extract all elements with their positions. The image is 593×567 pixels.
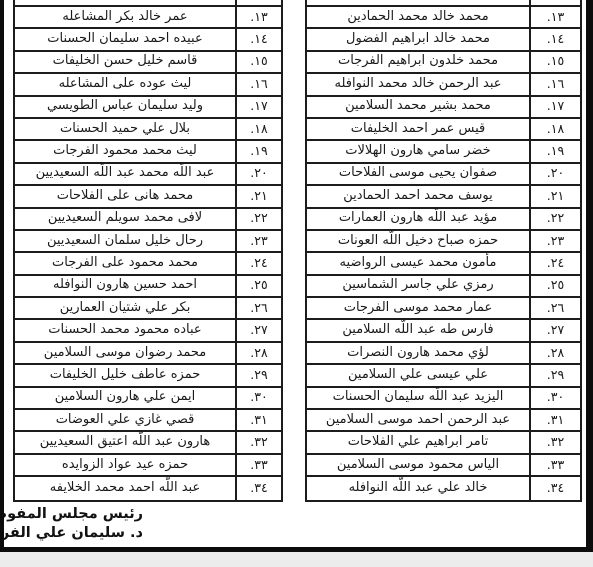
table-row: محمد خالد ابراهيم الفضول١٤. [307,29,580,51]
table-row: عمر خالد بكر المشاعله١٣. [15,7,281,29]
row-number-cell: ٢٦. [235,298,281,318]
table-row: ليث محمد محمود الفرجات١٩. [15,141,281,163]
member-name-cell: محمد خالد محمد الحمادين [307,7,529,27]
member-name-cell: عمار محمد موسى الفرجات [307,298,529,318]
table-row: يوسف محمد احمد الحمادين٢١. [307,186,580,208]
table-row: قاسم خليل حسن الخليفات١٥. [15,52,281,74]
row-number-cell: ٣٠. [235,388,281,408]
member-name-cell: حمزه صباح دخيل اللّه العونات [307,231,529,251]
row-number-cell: ١٥. [235,52,281,72]
row-number-cell: ٣٤. [235,477,281,499]
row-number-cell: ٢١. [529,186,580,206]
member-name-cell: عباده محمود محمد الحسنات [15,320,235,340]
scanned-document-page: عمر خالد بكر المشاعله١٣.عبيده احمد سليما… [0,0,593,567]
row-number-cell: ١٩. [235,141,281,161]
member-name-cell: عبد اللّه محمد عبد اللّه السعيديين [15,164,235,184]
member-name-cell: اليزيد عبد اللّه سليمان الحسنات [307,388,529,408]
table-row: عمار محمد موسى الفرجات٢٦. [307,298,580,320]
page-border-left [0,0,4,552]
row-number-cell: ١٦. [235,74,281,94]
row-number-cell: ٢١. [235,186,281,206]
member-name-cell: قاسم خليل حسن الخليفات [15,52,235,72]
member-name-cell: علي عيسى علي السلامين [307,365,529,385]
table-row: خالد علي عبد اللّه النوافله٣٤. [307,477,580,499]
table-row: محمد هانى على الفلاحات٢١. [15,186,281,208]
member-name-cell: عبد الرحمن احمد موسى السلامين [307,410,529,430]
row-number-cell: ٣٣. [235,455,281,475]
row-number-cell: ٣٢. [529,432,580,452]
table-row: ليث عوده على المشاعله١٦. [15,74,281,96]
table-row: علي عيسى علي السلامين٢٩. [307,365,580,387]
member-name-cell: عبد الرحمن خالد محمد النوافله [307,74,529,94]
scan-edge-strip [0,552,593,567]
row-number-cell: ٢٤. [529,253,580,273]
row-number-cell: ٢٠. [529,164,580,184]
member-name-cell: مأمون محمد عيسى الرواضيه [307,253,529,273]
member-name-cell: عمر خالد بكر المشاعله [15,7,235,27]
table-row: صفوان يحيى موسى الفلاحات٢٠. [307,164,580,186]
row-number-cell: ٣١. [529,410,580,430]
row-number-cell: ٣٤. [529,477,580,499]
member-name-cell: ايمن علي هارون السلامين [15,388,235,408]
table-row: الياس محمود موسى السلامين٣٣. [307,455,580,477]
table-row: فارس طه عبد اللّه السلامين٢٧. [307,320,580,342]
member-name-cell: عبد اللّه احمد محمد الخلايفه [15,477,235,499]
member-name-cell: هارون عبد اللّه اعتيق السعيديين [15,432,235,452]
partial-row-top [307,0,580,7]
row-number-cell: ١٧. [235,97,281,117]
table-row: محمد محمود على الفرجات٢٤. [15,253,281,275]
row-number-cell: ٢٢. [235,209,281,229]
table-row: حمزه عاطف خليل الخليفات٢٩. [15,365,281,387]
table-row: لؤي محمد هارون النصرات٢٨. [307,343,580,365]
table-row: لافى محمد سويلم السعيديين٢٢. [15,209,281,231]
row-number-cell: ٢٩. [235,365,281,385]
row-number-cell: ٢٧. [529,320,580,340]
row-number-cell: ١٩. [529,141,580,161]
row-number-cell [235,0,281,5]
row-number-cell: ٣١. [235,410,281,430]
table-row: محمد بشير محمد السلامين١٧. [307,97,580,119]
row-number-cell: ١٤. [235,29,281,49]
row-number-cell: ٢٣. [529,231,580,251]
row-number-cell: ٣٣. [529,455,580,475]
member-name-cell: خضر سامي هارون الهلالات [307,141,529,161]
member-name-cell: يوسف محمد احمد الحمادين [307,186,529,206]
row-number-cell: ٢٤. [235,253,281,273]
signature-title: رئيس مجلس المفوضين [6,505,143,524]
row-number-cell: ١٧. [529,97,580,117]
member-name-cell: محمد خلدون ابراهيم الفرجات [307,52,529,72]
row-number-cell: ١٨. [529,119,580,139]
member-name-cell: رمزي علي جاسر الشماسين [307,276,529,296]
member-name-cell: لؤي محمد هارون النصرات [307,343,529,363]
row-number-cell: ٢٢. [529,209,580,229]
table-row: احمد حسين هارون النوافله٢٥. [15,276,281,298]
row-number-cell: ٣٠. [529,388,580,408]
roster-table-left-body: عمر خالد بكر المشاعله١٣.عبيده احمد سليما… [15,7,281,500]
row-number-cell: ١٦. [529,74,580,94]
row-number-cell: ٢٦. [529,298,580,318]
table-row: عبد الرحمن خالد محمد النوافله١٦. [307,74,580,96]
member-name-cell: حمزه عاطف خليل الخليفات [15,365,235,385]
member-name-cell [15,0,235,5]
member-name-cell: فارس طه عبد اللّه السلامين [307,320,529,340]
member-name-cell: تامر ابراهيم علي الفلاحات [307,432,529,452]
table-row: خضر سامي هارون الهلالات١٩. [307,141,580,163]
row-number-cell: ٣٢. [235,432,281,452]
table-row: رمزي علي جاسر الشماسين٢٥. [307,276,580,298]
row-number-cell: ٢٥. [529,276,580,296]
member-name-cell: محمد بشير محمد السلامين [307,97,529,117]
member-name-cell: وليد سليمان عباس الطويسي [15,97,235,117]
row-number-cell: ٢٥. [235,276,281,296]
row-number-cell: ٢٨. [529,343,580,363]
member-name-cell: بكر علي شتيان العمارين [15,298,235,318]
row-number-cell: ٢٠. [235,164,281,184]
member-name-cell: محمد رضوان موسى السلامين [15,343,235,363]
table-row: بلال علي حميد الحسنات١٨. [15,119,281,141]
member-name-cell: رحال خليل سلمان السعيديين [15,231,235,251]
table-row: محمد خلدون ابراهيم الفرجات١٥. [307,52,580,74]
roster-table-right-body: محمد خالد محمد الحمادين١٣.محمد خالد ابرا… [307,7,580,500]
roster-table-left: عمر خالد بكر المشاعله١٣.عبيده احمد سليما… [13,0,283,502]
page-border-right [586,0,593,552]
member-name-cell [307,0,529,5]
row-number-cell: ٢٨. [235,343,281,363]
member-name-cell: خالد علي عبد اللّه النوافله [307,477,529,499]
member-name-cell: احمد حسين هارون النوافله [15,276,235,296]
member-name-cell: ليث عوده على المشاعله [15,74,235,94]
table-row: مأمون محمد عيسى الرواضيه٢٤. [307,253,580,275]
member-name-cell: قصي غازي علي العوضات [15,410,235,430]
roster-table-right: محمد خالد محمد الحمادين١٣.محمد خالد ابرا… [305,0,582,502]
table-row: حمزه صباح دخيل اللّه العونات٢٣. [307,231,580,253]
member-name-cell: ليث محمد محمود الفرجات [15,141,235,161]
member-name-cell: الياس محمود موسى السلامين [307,455,529,475]
table-row: بكر علي شتيان العمارين٢٦. [15,298,281,320]
row-number-cell: ٢٣. [235,231,281,251]
table-row: عبد اللّه محمد عبد اللّه السعيديين٢٠. [15,164,281,186]
signature-block: رئيس مجلس المفوضين د. سليمان علي الفرجات [6,505,143,543]
member-name-cell: محمد هانى على الفلاحات [15,186,235,206]
row-number-cell: ١٥. [529,52,580,72]
member-name-cell: محمد خالد ابراهيم الفضول [307,29,529,49]
row-number-cell: ٢٧. [235,320,281,340]
table-row: اليزيد عبد اللّه سليمان الحسنات٣٠. [307,388,580,410]
table-row: ايمن علي هارون السلامين٣٠. [15,388,281,410]
member-name-cell: محمد محمود على الفرجات [15,253,235,273]
row-number-cell [529,0,580,5]
table-row: مؤيد عبد اللّه هارون العمارات٢٢. [307,209,580,231]
table-row: عباده محمود محمد الحسنات٢٧. [15,320,281,342]
row-number-cell: ١٤. [529,29,580,49]
table-row: هارون عبد اللّه اعتيق السعيديين٣٢. [15,432,281,454]
partial-row-top [15,0,281,7]
member-name-cell: قيس عمر احمد الخليفات [307,119,529,139]
table-row: حمزه عيد عواد الزوايده٣٣. [15,455,281,477]
table-row: عبد اللّه احمد محمد الخلايفه٣٤. [15,477,281,499]
table-row: وليد سليمان عباس الطويسي١٧. [15,97,281,119]
member-name-cell: بلال علي حميد الحسنات [15,119,235,139]
row-number-cell: ١٣. [235,7,281,27]
table-row: رحال خليل سلمان السعيديين٢٣. [15,231,281,253]
table-row: عبيده احمد سليمان الحسنات١٤. [15,29,281,51]
member-name-cell: صفوان يحيى موسى الفلاحات [307,164,529,184]
signature-name: د. سليمان علي الفرجات [6,524,143,543]
table-row: قصي غازي علي العوضات٣١. [15,410,281,432]
table-row: محمد خالد محمد الحمادين١٣. [307,7,580,29]
row-number-cell: ١٨. [235,119,281,139]
table-row: محمد رضوان موسى السلامين٢٨. [15,343,281,365]
member-name-cell: لافى محمد سويلم السعيديين [15,209,235,229]
table-row: قيس عمر احمد الخليفات١٨. [307,119,580,141]
row-number-cell: ٢٩. [529,365,580,385]
row-number-cell: ١٣. [529,7,580,27]
member-name-cell: مؤيد عبد اللّه هارون العمارات [307,209,529,229]
member-name-cell: عبيده احمد سليمان الحسنات [15,29,235,49]
table-row: عبد الرحمن احمد موسى السلامين٣١. [307,410,580,432]
table-row: تامر ابراهيم علي الفلاحات٣٢. [307,432,580,454]
member-name-cell: حمزه عيد عواد الزوايده [15,455,235,475]
